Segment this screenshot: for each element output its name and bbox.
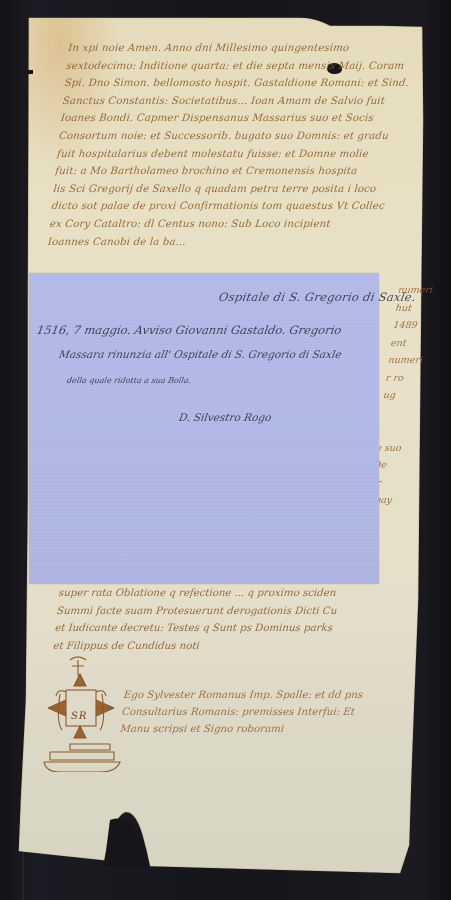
note-line: 1516, 7 maggio. Avviso Giovanni Gastaldo… (36, 323, 343, 337)
fragment: numeri (387, 352, 429, 370)
text-line: lis Sci Gregorij de Saxello q quadam pet… (52, 181, 409, 199)
text-line: dicto sot palae de proxi Confirmationis … (51, 198, 408, 216)
text-line: Consortum noie: et Successorib. bugato s… (58, 128, 415, 146)
text-line: super rata Oblatione q refectione ... q … (58, 585, 420, 603)
note-line: Massara rinunzia all' Ospitale di S. Gre… (58, 349, 343, 361)
latin-text-bottom: super rata Oblatione q refectione ... q … (52, 585, 419, 655)
latin-text-top: In xpi noie Amen. Anno dni Millesimo qui… (47, 40, 424, 251)
text-line: ex Cory Cataltro: dl Centus nono: Sub Lo… (49, 216, 406, 234)
text-line: Sanctus Constantis: Societatibus... Ioan… (62, 93, 419, 111)
text-line: Summi facte suam Protesuerunt derogation… (56, 603, 418, 621)
fragment: r ro (385, 370, 427, 388)
parchment-edge-mark (27, 70, 33, 74)
fragment: 1489 (392, 317, 434, 335)
text-line: fuit: a Mo Bartholameo brochino et Cremo… (54, 163, 411, 181)
notary-subscription: Ego Sylvester Romanus Imp. Spalle: et dd… (119, 687, 424, 738)
text-line: Manu scripsi et Signo roborami (119, 721, 421, 738)
text-line: Ioanes Bondi. Capmer Dispensanus Massari… (60, 110, 417, 128)
text-line: Ioannes Canobi de la ba... (47, 234, 404, 252)
text-line: In xpi noie Amen. Anno dni Millesimo qui… (67, 40, 424, 58)
text-line: Spi. Dno Simon. bellomosto hospit. Gasta… (64, 75, 421, 93)
text-line: sextodecimo: Inditione quarta: et die se… (65, 58, 422, 76)
signum-monogram: SR (71, 711, 87, 722)
archival-note-paper: Ospitale di S. Gregorio di Saxle. 1516, … (29, 273, 379, 584)
text-line: et Iudicante decretu: Testes q Sunt ps D… (54, 620, 416, 638)
note-signature: D. Silvestro Rogo (178, 412, 272, 424)
fragment: ent (390, 335, 432, 353)
note-line: della quale ridotta a sua Bolla. (66, 376, 192, 385)
note-heading: Ospitale di S. Gregorio di Saxle. (218, 290, 417, 304)
text-line: Consultarius Romanis: premisses Interfui… (121, 704, 423, 721)
fragment: e suo (375, 440, 417, 458)
text-line: Ego Sylvester Romanus Imp. Spalle: et dd… (123, 687, 425, 704)
text-line: fuit hospitalarius debent molestatu fuis… (56, 146, 413, 164)
fragment: ug (382, 387, 424, 405)
